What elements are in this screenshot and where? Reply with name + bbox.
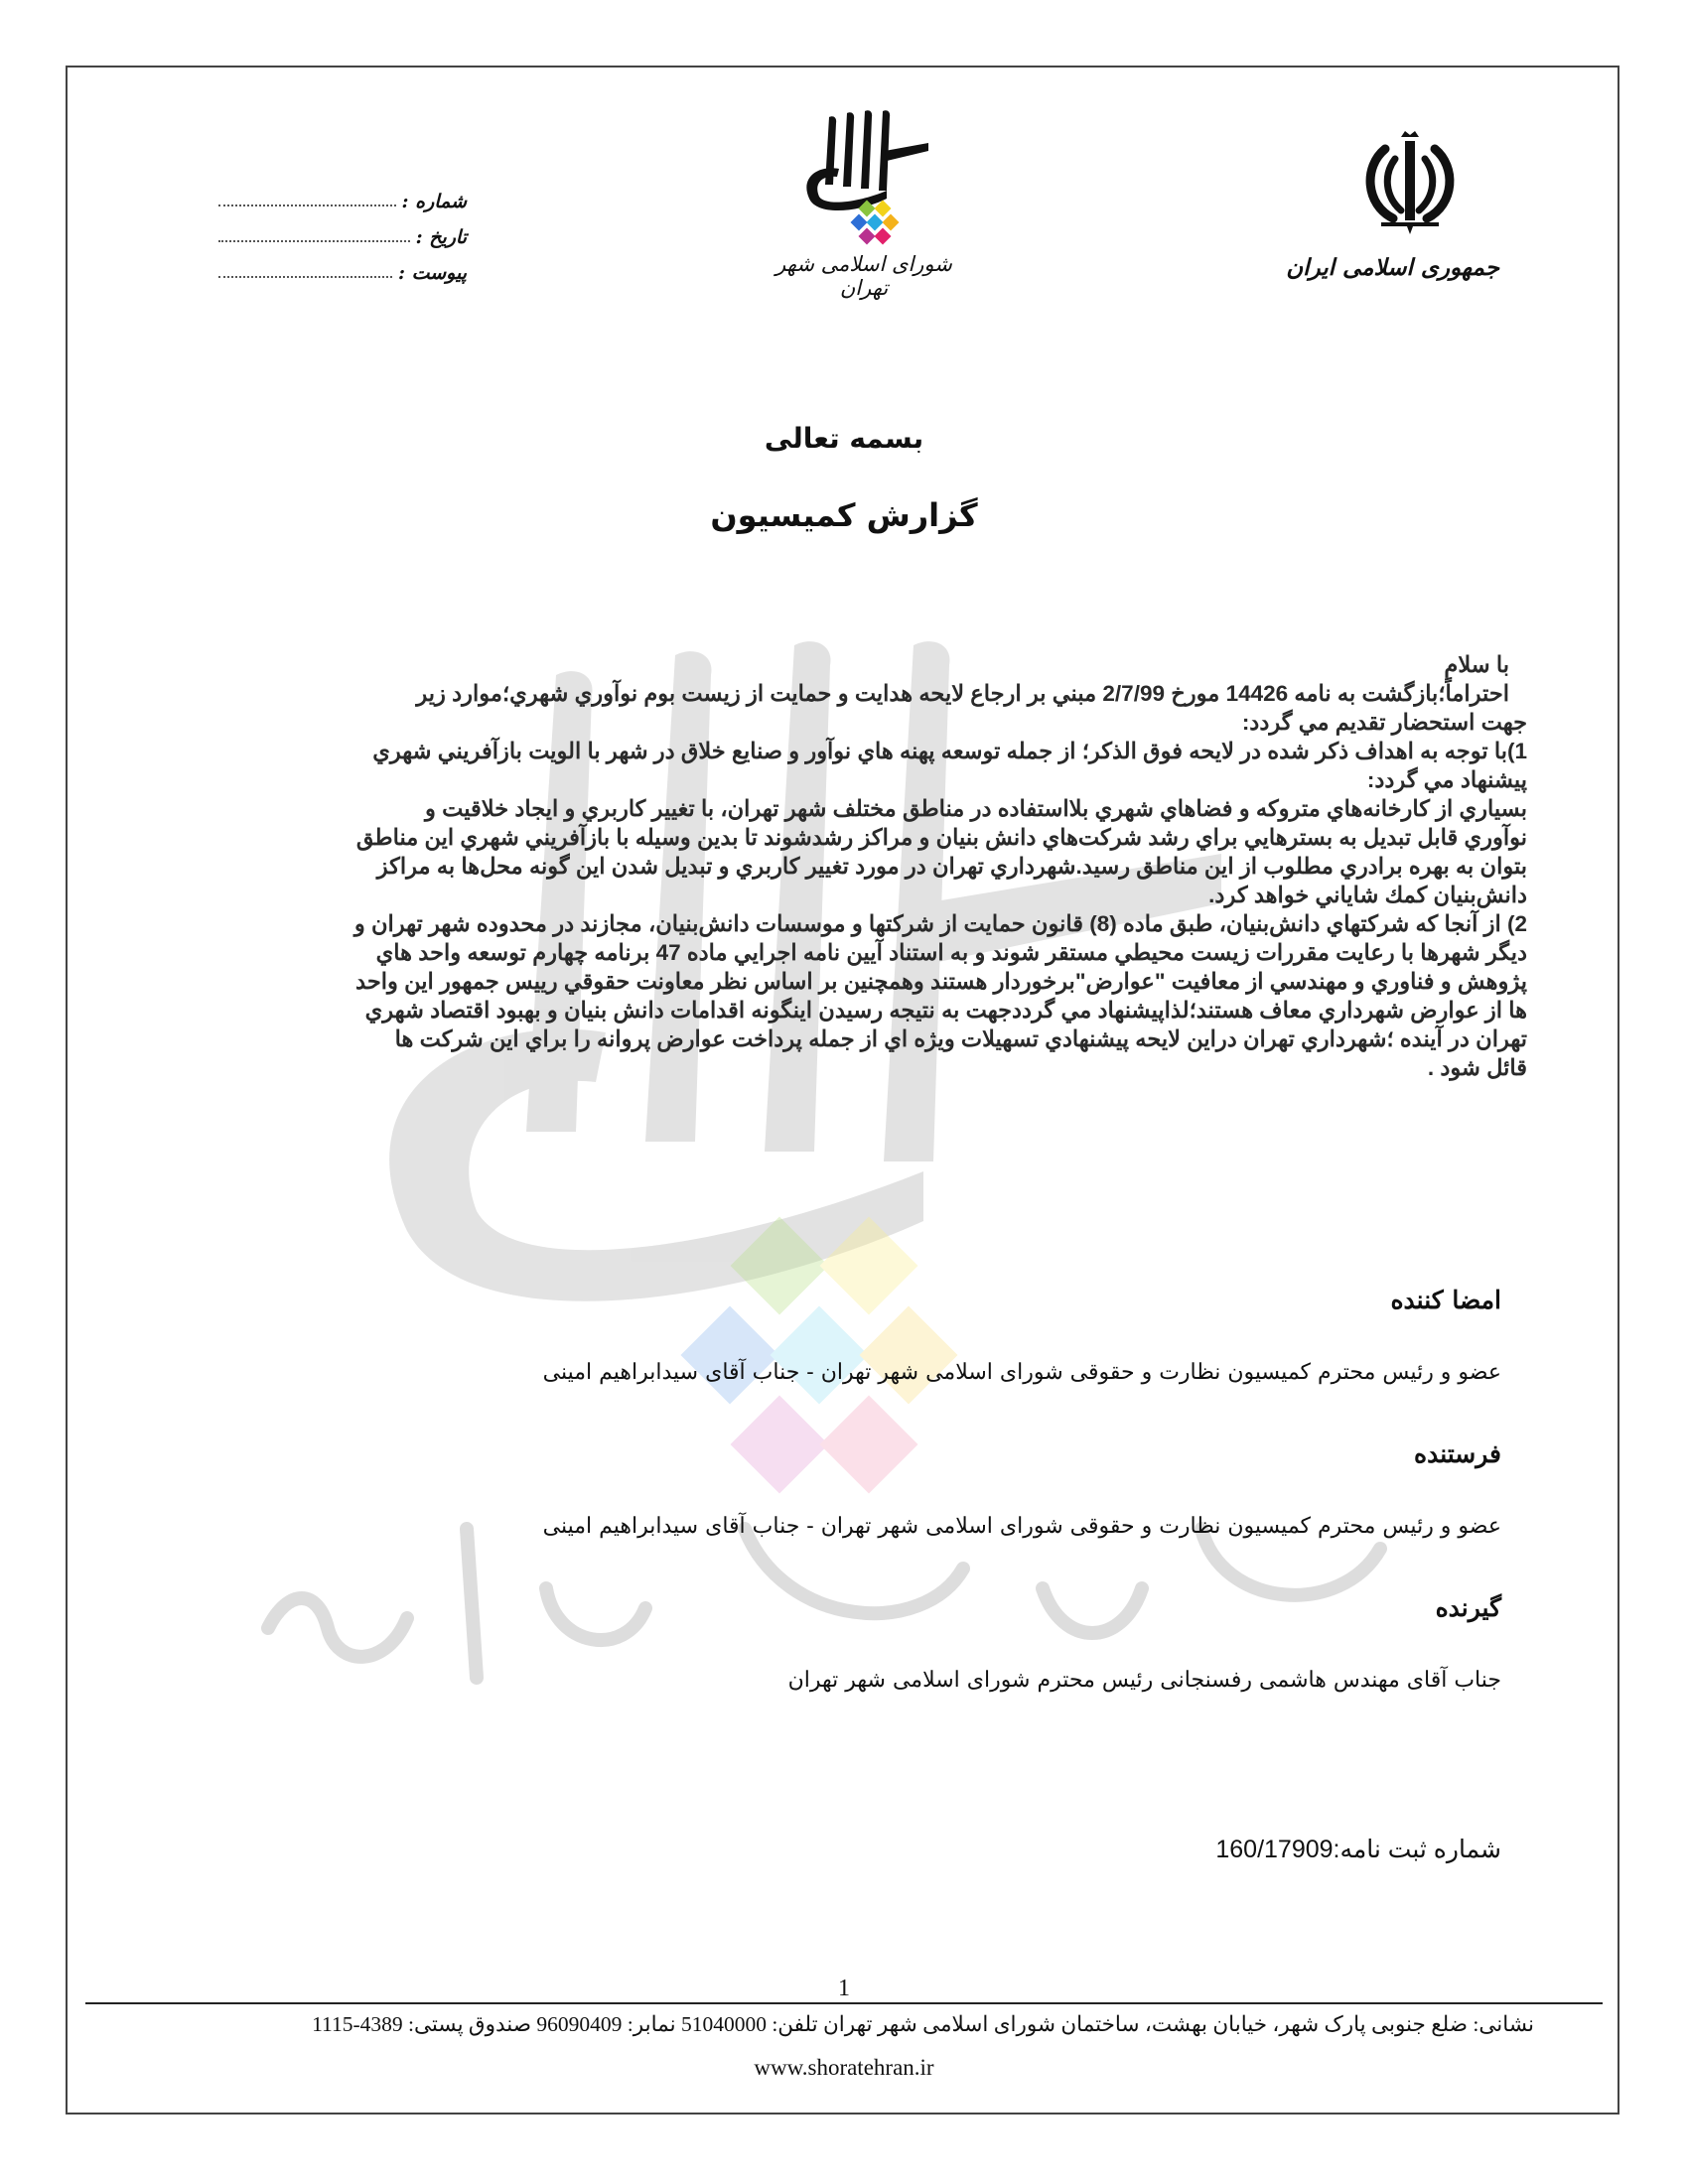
item2-line-6: قائل شود . (226, 1053, 1527, 1082)
item1-paragraph-line-2: نوآوري قابل تبديل به بسترهايي براي رشد ش… (226, 823, 1527, 852)
council-logo-icon (789, 107, 938, 256)
letter-number-line (218, 204, 396, 206)
registration-label: شماره ثبت نامه: (1334, 1836, 1501, 1863)
footer-website-link[interactable]: www.shoratehran.ir (0, 2055, 1688, 2081)
council-logo-caption: شورای اسلامی شهر تهران (750, 252, 978, 300)
sender-label: فرستنده (1414, 1439, 1501, 1468)
letter-attachment-field: پیوست : (218, 248, 467, 284)
signer-label: امضا کننده (1390, 1286, 1501, 1314)
item1-line-1: 1)با توجه به اهداف ذكر شده در لايحه فوق … (226, 737, 1527, 765)
page-number: 1 (0, 1976, 1688, 2002)
item1-paragraph-line-4: دانش‌بنيان كمك شاياني خواهد كرد. (226, 881, 1527, 909)
letter-attachment-line (218, 275, 392, 278)
item1-line-2: پيشنهاد مي گردد: (226, 765, 1527, 794)
letter-meta-fields: شماره : تاریخ : پیوست : (218, 177, 467, 284)
iran-emblem: جمهوری اسلامی ایران (1321, 127, 1499, 281)
registration-value: 160/17909 (1215, 1836, 1333, 1863)
intro-line-2: جهت استحضار تقديم مي گردد: (226, 708, 1527, 737)
letter-number-field: شماره : (218, 177, 467, 212)
footer-address: نشانی: ضلع جنوبی پارک شهر، خیابان بهشت، … (89, 2012, 1534, 2037)
signer-value: عضو و رئیس محترم کمیسیون نظارت و حقوقی ش… (543, 1360, 1501, 1385)
salutation: با سلام (226, 650, 1527, 679)
letter-body: با سلام احتراماً؛بازگشت به نامه 14426 مو… (226, 650, 1527, 1082)
letter-number-label: شماره : (402, 191, 467, 212)
letter-date-label: تاریخ : (416, 226, 467, 248)
council-logo: شورای اسلامی شهر تهران (750, 107, 978, 316)
recipient-label: گیرنده (1436, 1593, 1501, 1622)
item2-line-2: ديگر شهرها با رعايت مقررات زيست محيطي مس… (226, 938, 1527, 967)
letter-date-line (218, 239, 410, 242)
footer-divider (85, 2002, 1603, 2004)
letter-attachment-label: پیوست : (398, 262, 467, 284)
item1-paragraph-line-1: بسياري از كارخانه‌هاي متروكه و فضاهاي شه… (226, 794, 1527, 823)
item1-paragraph-line-3: بتوان به بهره برادري مطلوب از اين مناطق … (226, 852, 1527, 881)
item2-line-5: تهران در آينده ؛شهرداري تهران دراين لايح… (226, 1024, 1527, 1053)
sender-value: عضو و رئیس محترم کمیسیون نظارت و حقوقی ش… (543, 1514, 1501, 1539)
page-border (66, 66, 1619, 2115)
registration-number: شماره ثبت نامه:160/17909 (1215, 1835, 1501, 1864)
recipient-value: جناب آقای مهندس هاشمی رفسنجانی رئیس محتر… (788, 1668, 1501, 1693)
iran-emblem-icon (1355, 127, 1465, 236)
invocation-heading: بسمه تعالی (0, 422, 1688, 455)
iran-emblem-caption: جمهوری اسلامی ایران (1321, 254, 1499, 281)
item2-line-4: ها از عوارض شهرداري معاف هستند؛لذاپيشنها… (226, 996, 1527, 1024)
item2-line-3: پژوهش و فناوري و مهندسي از معافيت "عوارض… (226, 967, 1527, 996)
letter-date-field: تاریخ : (218, 212, 467, 248)
intro-line-1: احتراماً؛بازگشت به نامه 14426 مورخ 2/7/9… (226, 679, 1527, 708)
report-title: گزارش کمیسیون (0, 496, 1688, 534)
item2-line-1: 2) از آنجا كه شركتهاي دانش‌بنيان، طبق ما… (226, 909, 1527, 938)
